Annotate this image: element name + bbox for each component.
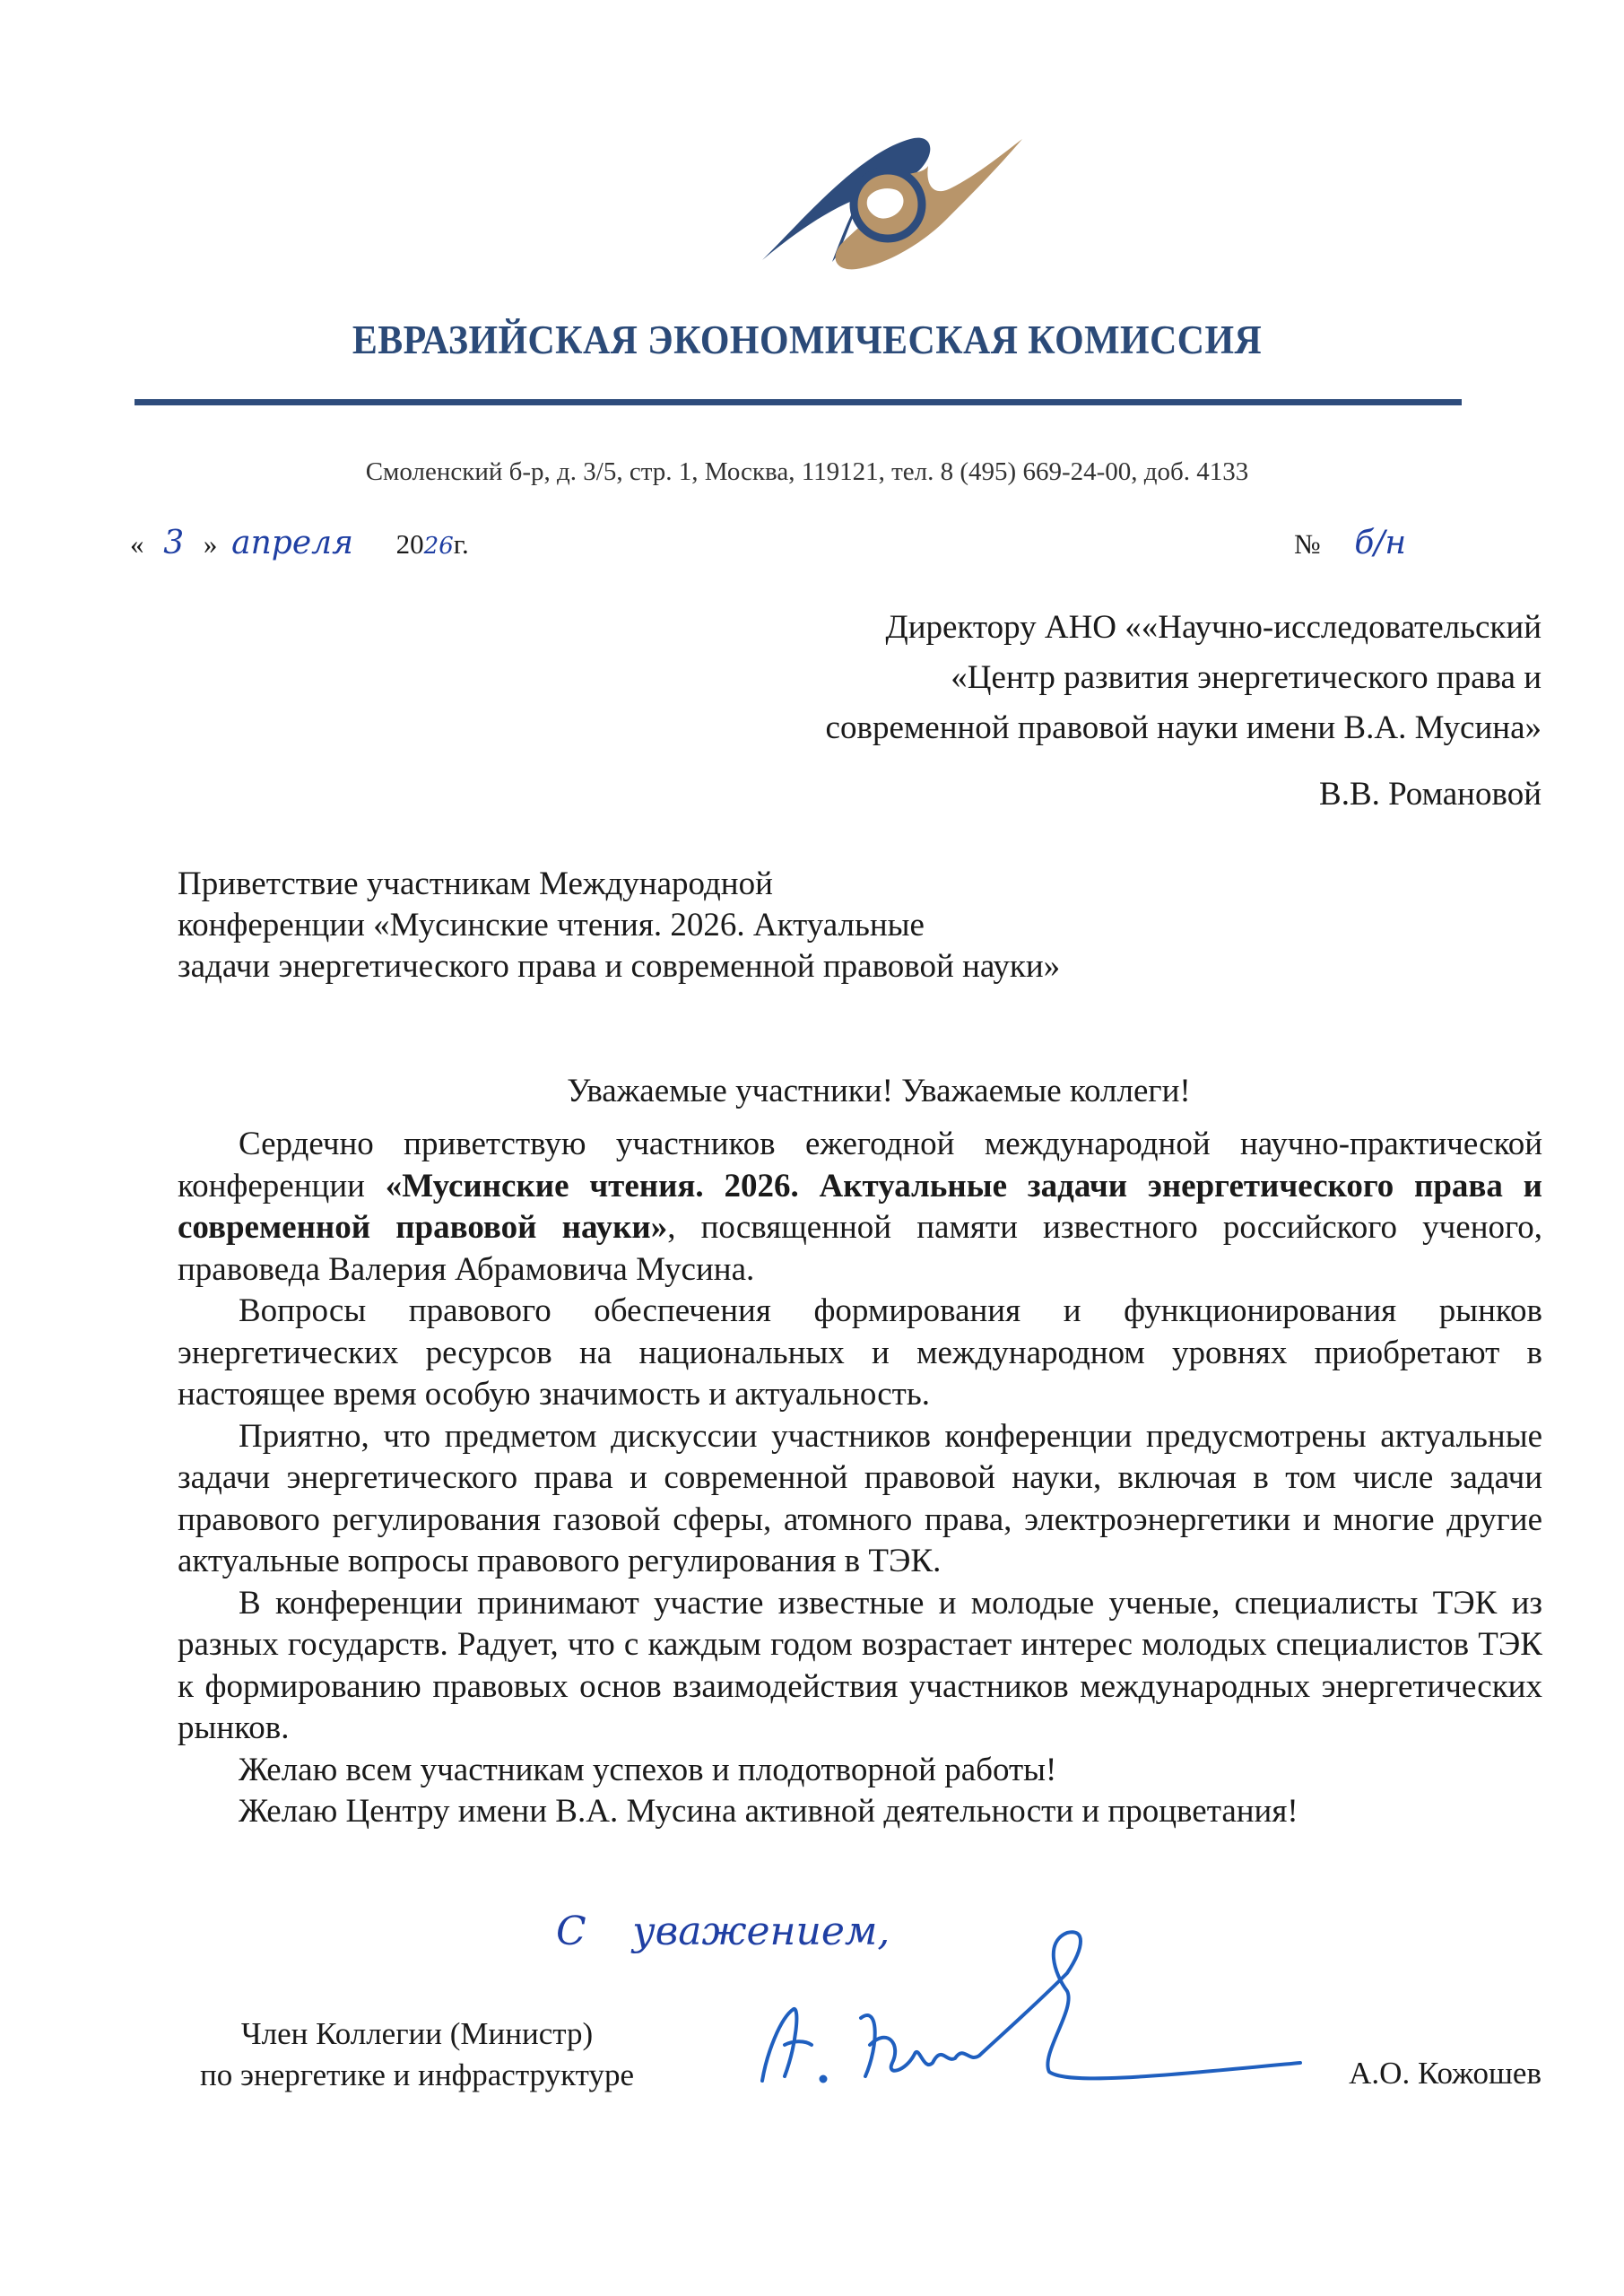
date-year-unit: г. [454, 528, 469, 560]
body-paragraph: Желаю Центру имени В.А. Мусина активной … [178, 1791, 1542, 1833]
date-close-quote: » [204, 528, 218, 560]
letter-body: Сердечно приветствую участников ежегодно… [178, 1124, 1542, 1833]
addressee-name: В.В. Романовой [826, 770, 1541, 820]
body-paragraph: В конференции принимают участие известны… [178, 1583, 1542, 1750]
subject-line: Приветствие участникам Международной [178, 864, 1164, 905]
addressee-block: Директору АНО ««Научно-исследовательский… [826, 603, 1541, 820]
eaeu-emblem-icon [753, 135, 1022, 287]
addressee-line: «Центр развития энергетического права и [826, 653, 1541, 703]
letterhead-divider [135, 399, 1462, 405]
subject-line: задачи энергетического права и современн… [178, 946, 1164, 987]
letter-subject: Приветствие участникам Международной кон… [178, 864, 1164, 987]
organization-name: ЕВРАЗИЙСКАЯ ЭКОНОМИЧЕСКАЯ КОМИССИЯ [182, 317, 1433, 363]
addressee-line: Директору АНО ««Научно-исследовательский [826, 603, 1541, 653]
date-year-suffix: 26 [424, 533, 454, 560]
number-value: б/н [1354, 525, 1406, 561]
organization-address: Смоленский б-р, д. 3/5, стр. 1, Москва, … [135, 457, 1480, 487]
date-month: апреля [231, 525, 353, 561]
body-paragraph: Сердечно приветствую участников ежегодно… [178, 1124, 1542, 1291]
body-paragraph: Желаю всем участникам успехов и плодотво… [178, 1750, 1542, 1792]
body-paragraph: Вопросы правового обеспечения формирован… [178, 1291, 1542, 1416]
subject-line: конференции «Мусинские чтения. 2026. Акт… [178, 905, 1164, 946]
signer-title: Член Коллегии (Министр) по энергетике и … [135, 2013, 699, 2096]
signer-name: А.О. Кожошев [1349, 2056, 1541, 2092]
date-year-prefix: 20 [396, 528, 424, 560]
date-day: 3 [163, 525, 184, 561]
salutation: Уважаемые участники! Уважаемые коллеги! [135, 1072, 1623, 1110]
body-paragraph: Приятно, что предметом дискуссии участни… [178, 1416, 1542, 1583]
addressee-line: современной правовой науки имени В.А. Му… [826, 703, 1541, 753]
date-open-quote: « [130, 528, 144, 560]
document-date: « 3 » апреля 2026г. [130, 525, 469, 561]
number-label: № [1294, 528, 1321, 560]
handwritten-signature-icon [744, 1919, 1354, 2099]
document-number: № б/н [1294, 525, 1406, 561]
